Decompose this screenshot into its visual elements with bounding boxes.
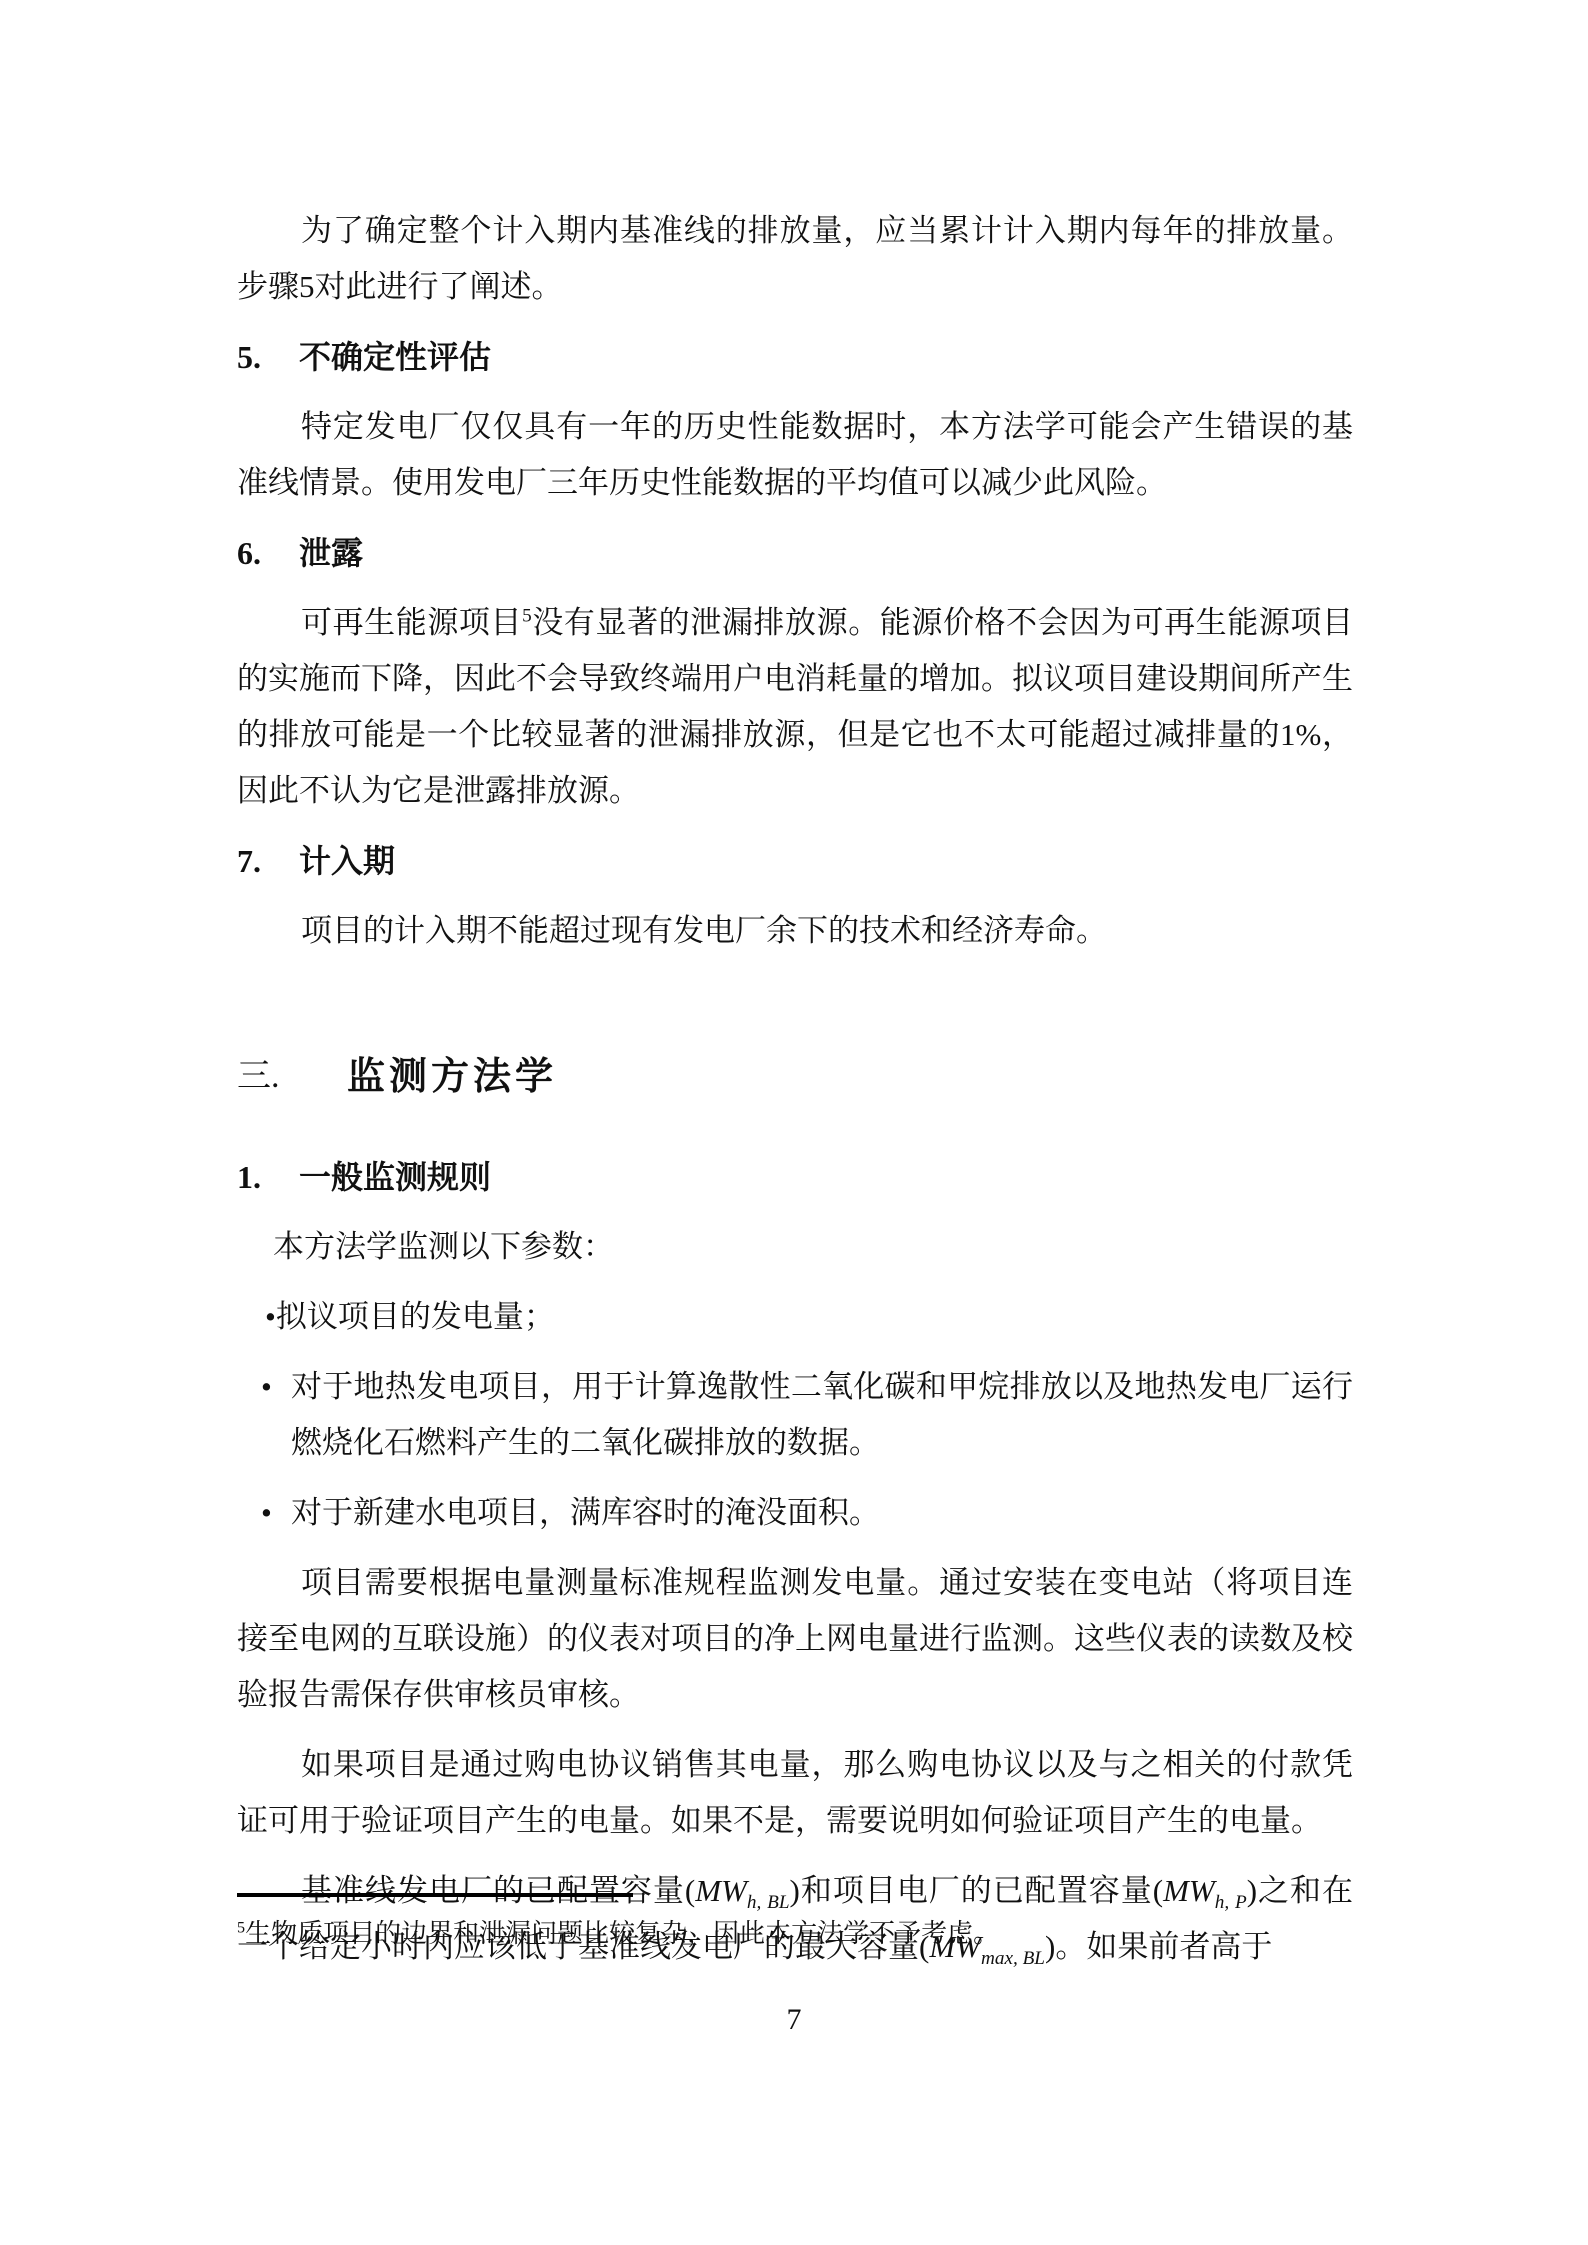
heading-section-5: 5. 不确定性评估 [237, 329, 1353, 385]
heading-section-6: 6. 泄露 [237, 525, 1353, 581]
paragraph-crediting-period: 项目的计入期不能超过现有发电厂余下的技术和经济寿命。 [237, 903, 1353, 959]
paragraph-uncertainty: 特定发电厂仅仅具有一年的历史性能数据时，本方法学可能会产生错误的基准线情景。使用… [237, 399, 1353, 511]
heading-title: 计入期 [299, 833, 395, 889]
bullet-text: 拟议项目的发电量； [276, 1299, 555, 1334]
page-number: 7 [0, 1996, 1588, 2044]
footnote-reference-5: 5 [522, 606, 532, 627]
heading-number: 5. [237, 329, 299, 385]
footnote-5: 5生物质项目的边界和泄漏问题比较复杂，因此本方法学不予考虑。 [237, 1913, 1353, 1955]
bullet-text: 对于新建水电项目，满库容时的淹没面积。 [291, 1485, 1353, 1541]
paragraph-metering: 项目需要根据电量测量标准规程监测发电量。通过安装在变电站（将项目连接至电网的互联… [237, 1555, 1353, 1723]
paragraph-leakage: 可再生能源项目5没有显著的泄漏排放源。能源价格不会因为可再生能源项目的实施而下降… [237, 595, 1353, 819]
footnote-marker: 5 [237, 1919, 245, 1936]
heading-title: 泄露 [299, 525, 363, 581]
footnote-text: 生物质项目的边界和泄漏问题比较复杂，因此本方法学不予考虑。 [245, 1919, 999, 1948]
heading-number: 6. [237, 525, 299, 581]
paragraph-ppa: 如果项目是通过购电协议销售其电量，那么购电协议以及与之相关的付款凭证可用于验证项… [237, 1737, 1353, 1849]
chapter-title: 监测方法学 [347, 1045, 557, 1109]
bullet-text: 对于地热发电项目，用于计算逸散性二氧化碳和甲烷排放以及地热发电厂运行燃烧化石燃料… [291, 1359, 1353, 1471]
bullet-item-generation: •拟议项目的发电量； [265, 1289, 1353, 1345]
heading-monitoring-rules: 1. 一般监测规则 [237, 1149, 1353, 1205]
heading-title: 一般监测规则 [299, 1149, 491, 1205]
bullet-dot: • [261, 1359, 291, 1471]
leakage-text-pre: 可再生能源项目 [301, 605, 522, 640]
footnote-area: 5生物质项目的边界和泄漏问题比较复杂，因此本方法学不予考虑。 [237, 1893, 1353, 1955]
bullet-item-geothermal: • 对于地热发电项目，用于计算逸散性二氧化碳和甲烷排放以及地热发电厂运行燃烧化石… [261, 1359, 1353, 1471]
document-page: 为了确定整个计入期内基准线的排放量，应当累计计入期内每年的排放量。步骤5对此进行… [0, 0, 1588, 2245]
heading-section-7: 7. 计入期 [237, 833, 1353, 889]
bullet-dot: • [265, 1299, 276, 1334]
heading-number: 7. [237, 833, 299, 889]
heading-title: 不确定性评估 [299, 329, 491, 385]
paragraph-crediting-total: 为了确定整个计入期内基准线的排放量，应当累计计入期内每年的排放量。步骤5对此进行… [237, 203, 1353, 315]
paragraph-monitoring-intro: 本方法学监测以下参数： [237, 1219, 1353, 1275]
bullet-dot: • [261, 1485, 291, 1541]
footnote-separator-line [237, 1893, 633, 1897]
page-body: 为了确定整个计入期内基准线的排放量，应当累计计入期内每年的排放量。步骤5对此进行… [237, 203, 1353, 1989]
chapter-number: 三. [237, 1045, 347, 1109]
heading-chapter-3: 三. 监测方法学 [237, 1045, 1353, 1109]
bullet-item-hydro: • 对于新建水电项目，满库容时的淹没面积。 [261, 1485, 1353, 1541]
heading-number: 1. [237, 1149, 299, 1205]
